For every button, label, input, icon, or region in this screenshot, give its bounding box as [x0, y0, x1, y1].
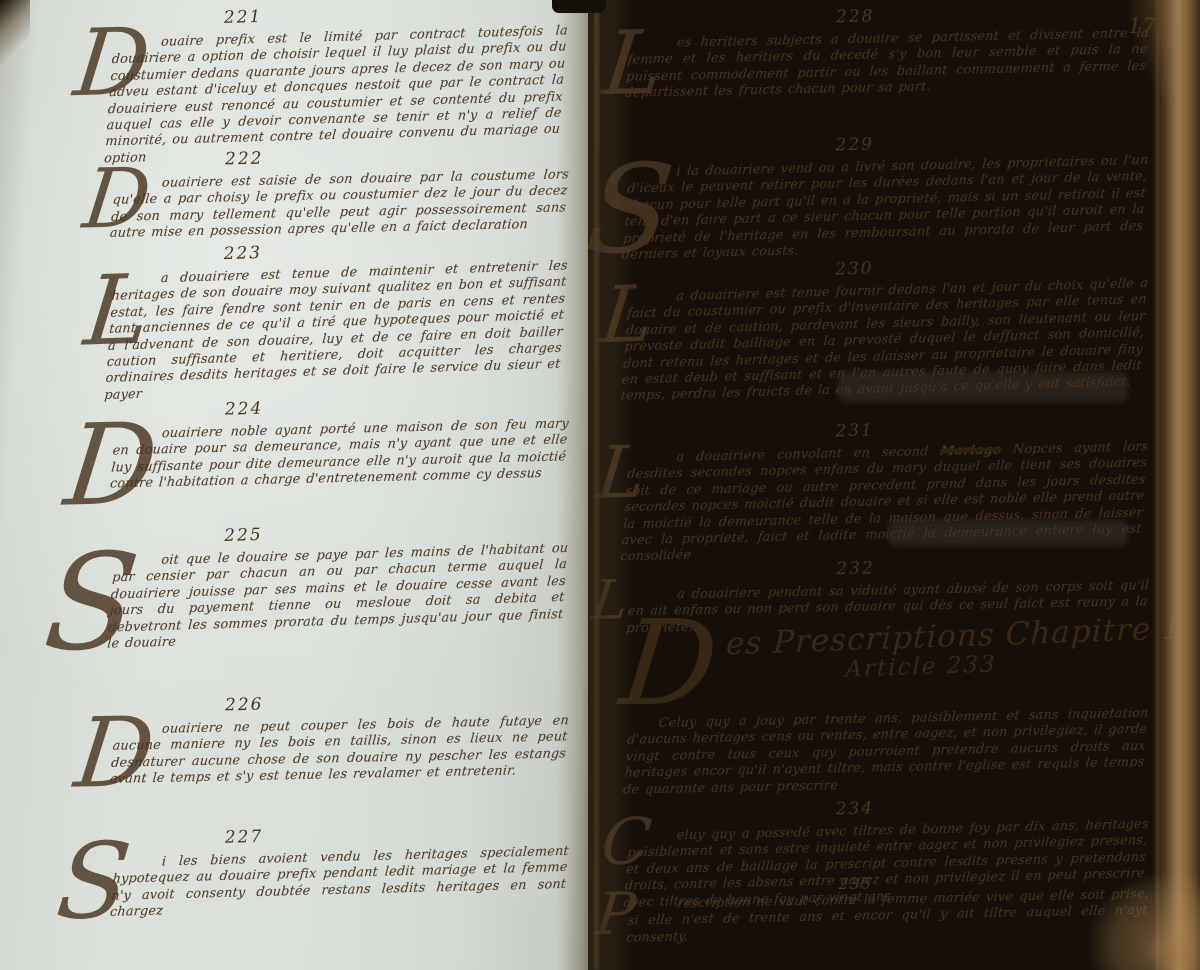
article-text: i les biens avoient vendu les heritages …	[109, 844, 569, 922]
binding-gap	[686, 0, 728, 9]
struck-word: Mariage	[940, 443, 1002, 459]
article-223: 223 L a douairiere est tenue de mainteni…	[0, 233, 588, 408]
page-edge-stack	[1152, 0, 1200, 970]
article-text: i la douairiere vend ou a livré son doua…	[621, 153, 1149, 264]
article-233: Celuy quy a jouy par trente ans, paisibl…	[588, 700, 1200, 800]
chapter-heading: D es Prescriptions Chapitre 15. Article …	[588, 618, 1200, 680]
article-text: ouairiere ne peut couper les bois de hau…	[109, 713, 569, 788]
article-text: rescription ne vaut contre la femme mari…	[626, 887, 1150, 947]
article-230: 230 L a douairiere est tenue fournir ded…	[588, 249, 1200, 406]
article-text: a douairiere est tenue de maintenir et e…	[104, 258, 568, 404]
manuscript-photo: 221 D ouaire prefix est le limité par co…	[0, 0, 1200, 970]
chapter-drop-cap-initial: D	[617, 616, 722, 710]
book-gutter-crease	[594, 0, 599, 970]
article-231: 231 L a douairiere convolant en second M…	[588, 413, 1200, 567]
article-text: a douairiere est tenue fournir dedans l'…	[620, 276, 1149, 406]
article-number: 221	[93, 3, 393, 31]
article-228: 228 L es heritiers subjects a douaire se…	[588, 0, 1200, 103]
article-number: 229	[705, 131, 1005, 158]
article-number: 234	[705, 795, 1005, 822]
binding-gap	[552, 0, 606, 13]
right-page: 17 228 L es heritiers subjects a douaire…	[588, 0, 1200, 970]
article-224: 224 D ouairiere noble ayant porté une ma…	[0, 391, 588, 496]
page-edge-crease	[1156, 0, 1159, 970]
article-number: 225	[93, 521, 393, 550]
article-226: 226 D ouairiere ne peut couper les bois …	[0, 688, 588, 791]
article-text: a douairiere convolant en second Mariage…	[620, 439, 1149, 566]
article-number: 227	[94, 823, 394, 851]
article-number: 223	[93, 239, 393, 268]
article-227: 227 S i les biens avoient vendu les heri…	[0, 818, 588, 924]
left-page: 221 D ouaire prefix est le limité par co…	[0, 0, 588, 970]
article-222: 222 D ouairiere est saisie de son douair…	[0, 142, 588, 245]
article-number: 228	[705, 4, 1005, 30]
water-stain	[1142, 928, 1192, 970]
article-text: Celuy quy a jouy par trente ans, paisibl…	[622, 706, 1149, 799]
article-text: ouairiere noble ayant porté une maison d…	[109, 416, 569, 493]
article-number: 231	[704, 417, 1004, 444]
article-text: ouairiere est saisie de son douaire par …	[109, 167, 569, 242]
article-229: 229 S i la douairiere vend ou a livré so…	[588, 127, 1200, 265]
article-number: 226	[94, 692, 394, 718]
article-text: oit que le douaire se paye par les mains…	[107, 541, 569, 653]
article-225: 225 S oit que le douaire se paye par les…	[0, 515, 588, 656]
article-text: es heritiers subjects a douaire se parti…	[624, 26, 1149, 103]
